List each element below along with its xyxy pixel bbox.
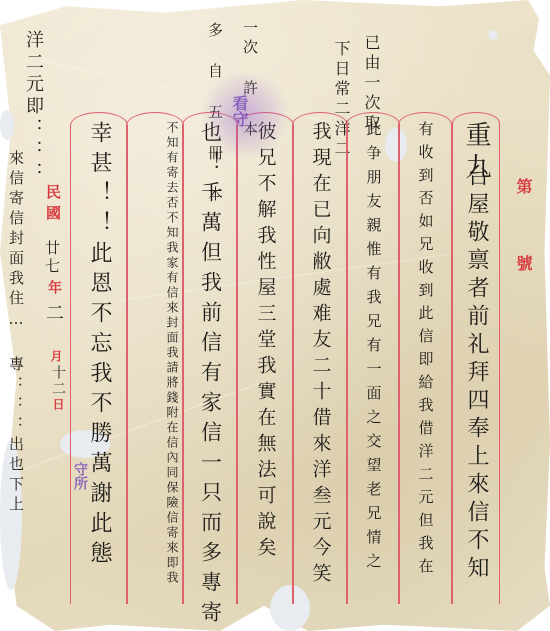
- number-label-top: 第: [512, 178, 535, 194]
- date-day-label: 日: [50, 398, 67, 410]
- column-5: 我現在已向敝處难友二十借來洋叁元今笑: [292, 112, 348, 604]
- column-text: 台屋敬禀者前礼拜四奉上來信不知: [465, 164, 487, 584]
- date-year-label: 年: [44, 280, 64, 294]
- censor-stamp-lower: 守所: [70, 462, 90, 490]
- column-2: 台屋敬禀者前礼拜四奉上來信不知: [452, 112, 500, 604]
- date-month-label: 月: [48, 350, 65, 362]
- column-6: 彼兄不解我性屋三堂我實在無法可說矣: [236, 112, 294, 604]
- column-text: 不知有寄去否不知我家有信來封面我請將錢附在信內同保險信寄來即我: [132, 121, 178, 601]
- column-4: 此争朋友親惟有我兄有一面之交望老兄情之: [346, 112, 400, 604]
- closing-note-line: 來信寄信封面我住… 專：：：出也下上: [6, 150, 27, 516]
- date-day: 十二: [48, 365, 68, 397]
- column-text: 有收到否如兄收到此信即給我借洋二元但我在: [418, 121, 433, 581]
- column-text: 幸甚！！此恩不忘我不勝萬謝此態: [88, 121, 110, 571]
- column-8: 不知有寄去否不知我家有信來封面我請將錢附在信內同保險信寄來即我: [126, 112, 184, 604]
- column-text: 此争朋友親惟有我兄有一面之交望老兄情之: [366, 121, 381, 577]
- column-9: 幸甚！！此恩不忘我不勝萬謝此態: [70, 112, 128, 604]
- number-label-bottom: 號: [512, 255, 535, 271]
- ruled-letter-body: 重九 台屋敬禀者前礼拜四奉上來信不知 有收到否如兄收到此信即給我借洋二元但我在 …: [60, 112, 500, 612]
- paper-hole: [0, 110, 14, 140]
- column-text: 彼兄不解我性屋三堂我實在無法可說矣: [256, 121, 275, 563]
- censor-stamp-upper: 看守: [228, 95, 251, 127]
- column-3: 有收到否如兄收到此信即給我借洋二元但我在: [398, 112, 452, 604]
- column-7: 也！千萬但我前信有家信一只而多專寄: [182, 112, 238, 604]
- paper-hole: [488, 30, 498, 40]
- date-year: 廿七: [42, 240, 63, 276]
- column-text: 也！千萬但我前信有家信一只而多專寄: [200, 121, 221, 631]
- date-month: 二: [40, 303, 66, 321]
- date-minguo: 民國: [43, 184, 64, 226]
- column-text: 我現在已向敝處难友二十借來洋叁元今笑: [311, 121, 330, 589]
